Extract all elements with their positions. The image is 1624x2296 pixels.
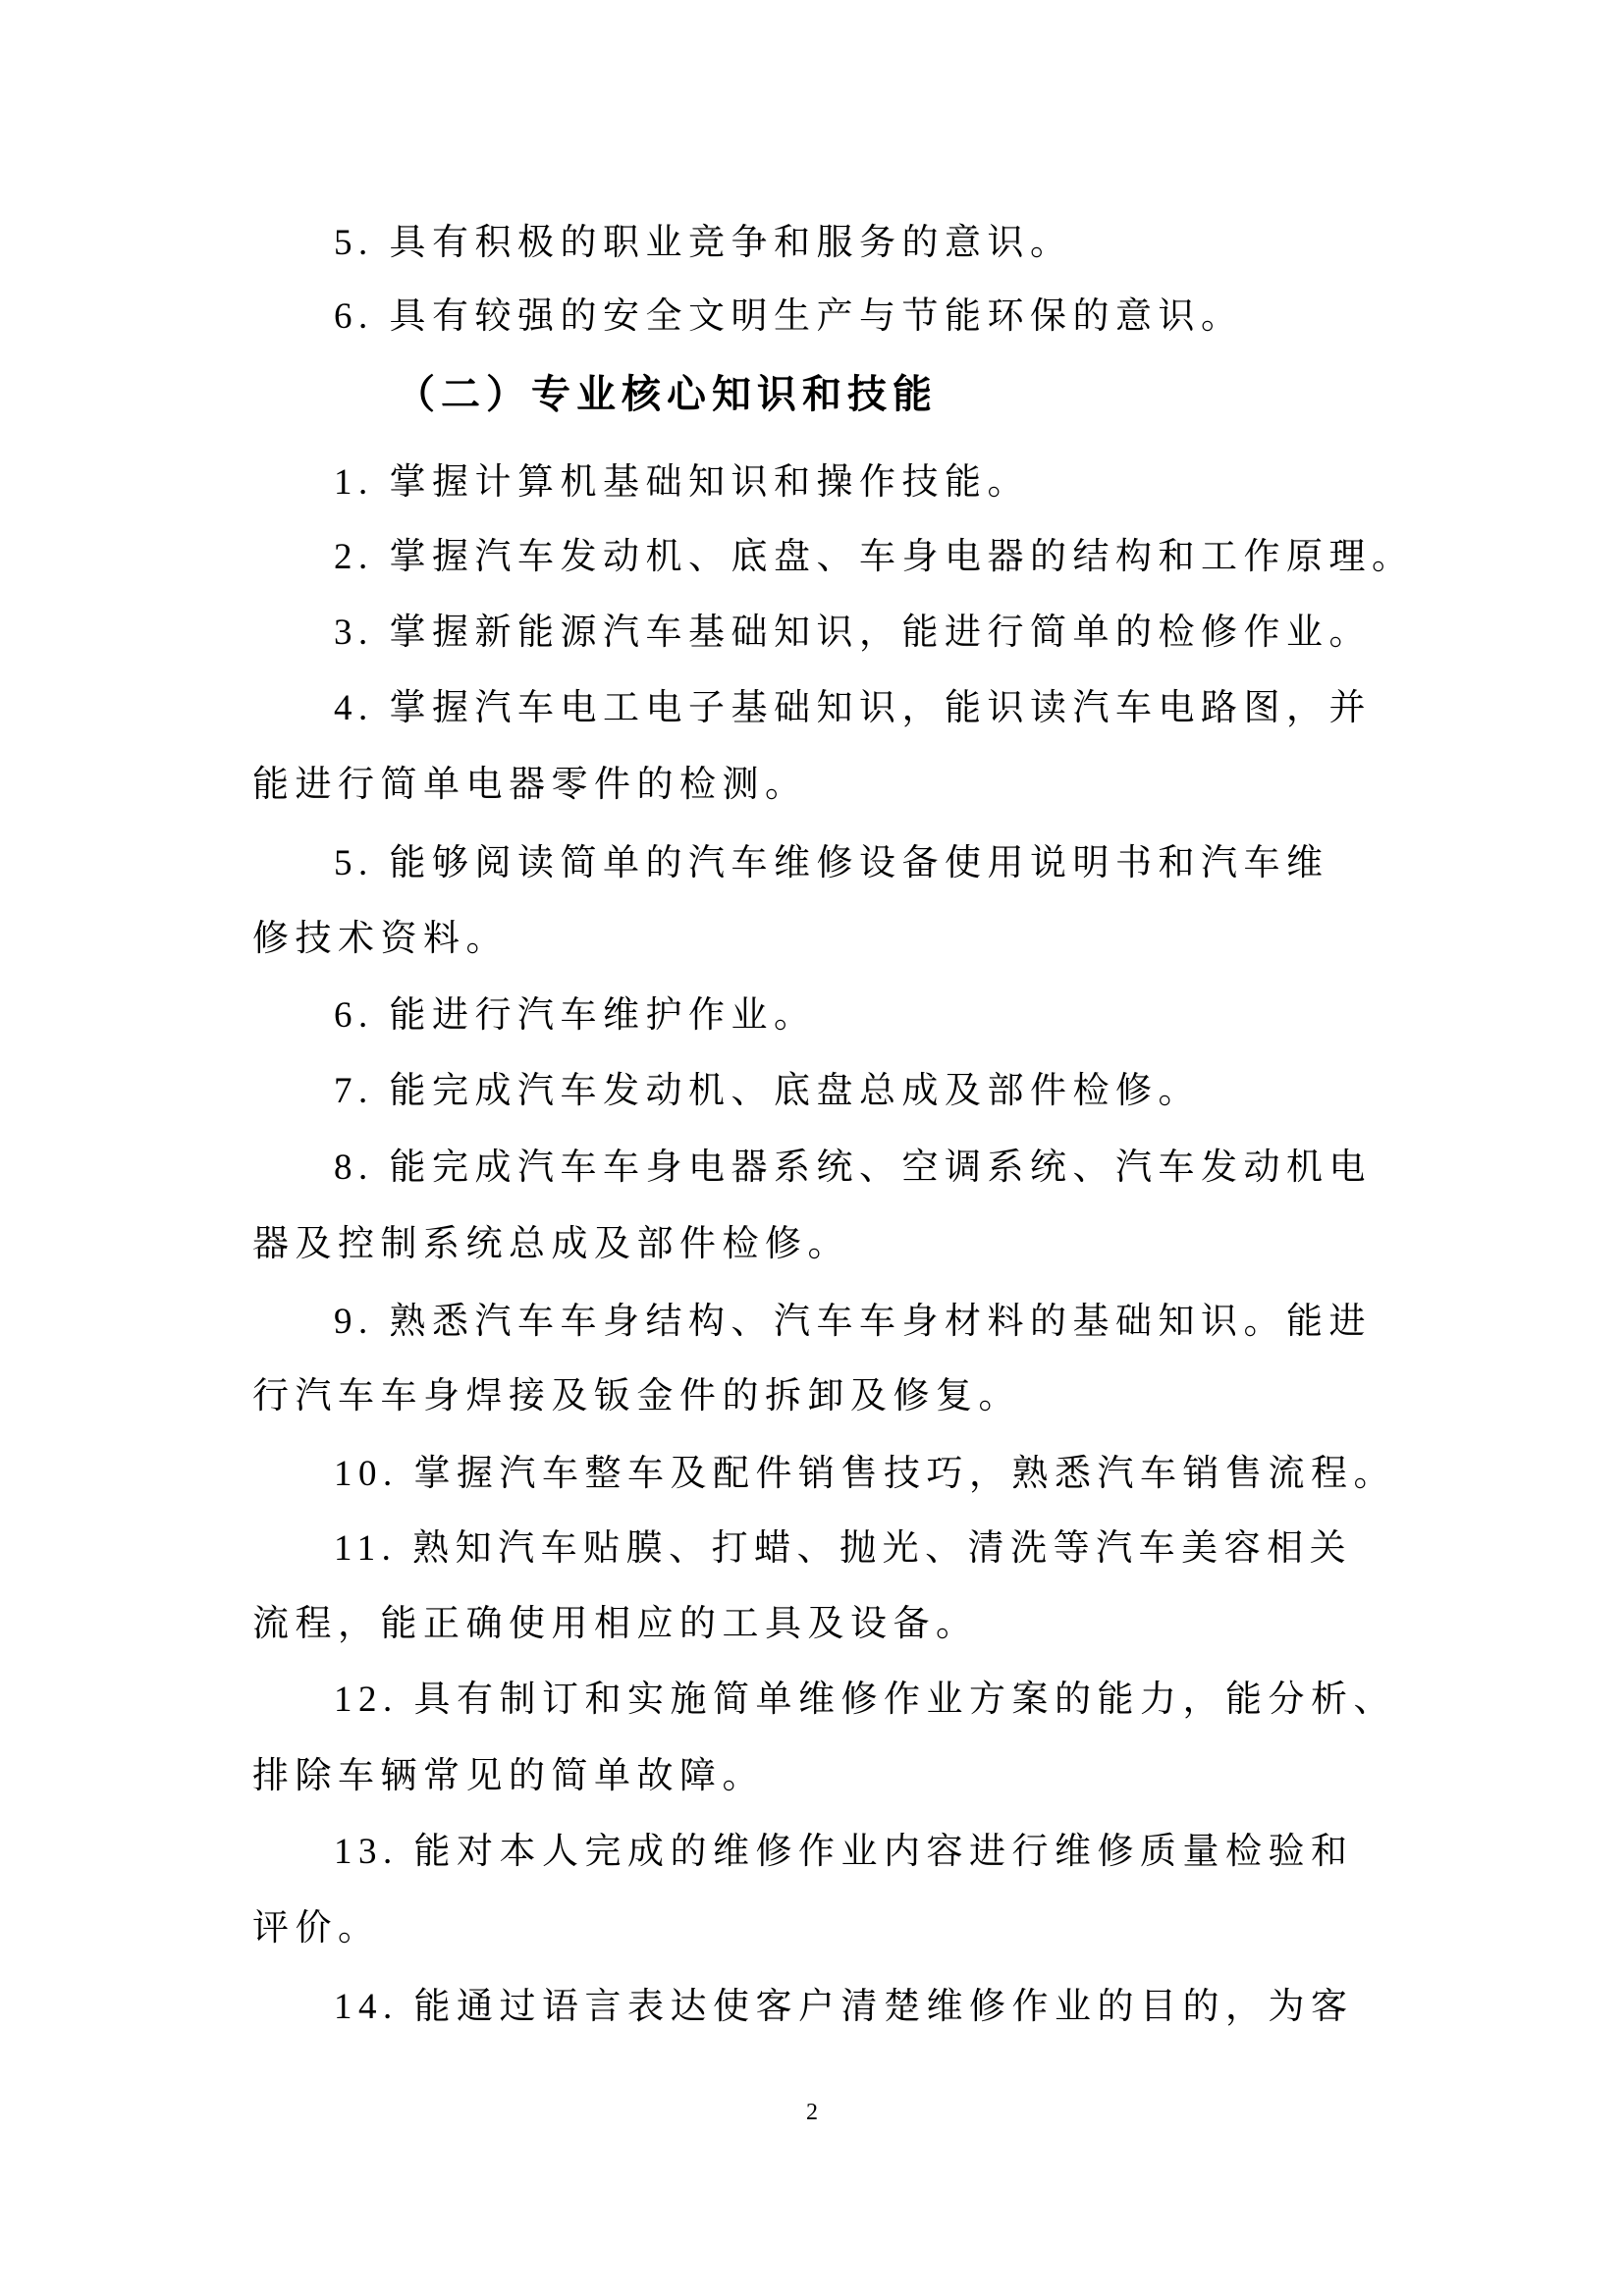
list-item-14: 14. 能通过语言表达使客户清楚维修作业的目的，为客 <box>334 1983 1354 2032</box>
list-item-4-continuation: 能进行简单电器零件的检测。 <box>252 761 808 810</box>
section-heading: （二）专业核心知识和技能 <box>396 368 938 421</box>
intro-item-5: 5. 具有积极的职业竞争和服务的意识。 <box>334 219 1073 268</box>
list-item-12: 12. 具有制订和实施简单维修作业方案的能力，能分析、 <box>334 1676 1396 1725</box>
document-page: 5. 具有积极的职业竞争和服务的意识。 6. 具有较强的安全文明生产与节能环保的… <box>0 0 1624 2296</box>
list-item-8: 8. 能完成汽车车身电器系统、空调系统、汽车发动机电 <box>334 1144 1372 1193</box>
list-item-11-continuation: 流程，能正确使用相应的工具及设备。 <box>252 1600 979 1649</box>
list-item-7: 7. 能完成汽车发动机、底盘总成及部件检修。 <box>334 1067 1201 1116</box>
list-item-12-continuation: 排除车辆常见的简单故障。 <box>252 1752 765 1801</box>
list-item-5: 5. 能够阅读简单的汽车维修设备使用说明书和汽车维 <box>334 839 1329 888</box>
list-item-9-continuation: 行汽车车身焊接及钣金件的拆卸及修复。 <box>252 1372 1021 1421</box>
list-item-1: 1. 掌握计算机基础知识和操作技能。 <box>334 458 1030 507</box>
list-item-10: 10. 掌握汽车整车及配件销售技巧，熟悉汽车销售流程。 <box>334 1450 1396 1499</box>
list-item-4: 4. 掌握汽车电工电子基础知识，能识读汽车电路图，并 <box>334 684 1372 733</box>
list-item-2: 2. 掌握汽车发动机、底盘、车身电器的结构和工作原理。 <box>334 533 1415 582</box>
list-item-13: 13. 能对本人完成的维修作业内容进行维修质量检验和 <box>334 1828 1354 1877</box>
list-item-9: 9. 熟悉汽车车身结构、汽车车身材料的基础知识。能进 <box>334 1298 1372 1347</box>
intro-item-6: 6. 具有较强的安全文明生产与节能环保的意识。 <box>334 293 1244 342</box>
list-item-11: 11. 熟知汽车贴膜、打蜡、抛光、清洗等汽车美容相关 <box>334 1524 1352 1574</box>
list-item-5-continuation: 修技术资料。 <box>252 915 509 964</box>
list-item-3: 3. 掌握新能源汽车基础知识，能进行简单的检修作业。 <box>334 609 1372 658</box>
list-item-13-continuation: 评价。 <box>252 1904 381 1953</box>
page-number: 2 <box>800 2098 824 2127</box>
list-item-8-continuation: 器及控制系统总成及部件检修。 <box>252 1220 850 1269</box>
list-item-6: 6. 能进行汽车维护作业。 <box>334 991 817 1041</box>
